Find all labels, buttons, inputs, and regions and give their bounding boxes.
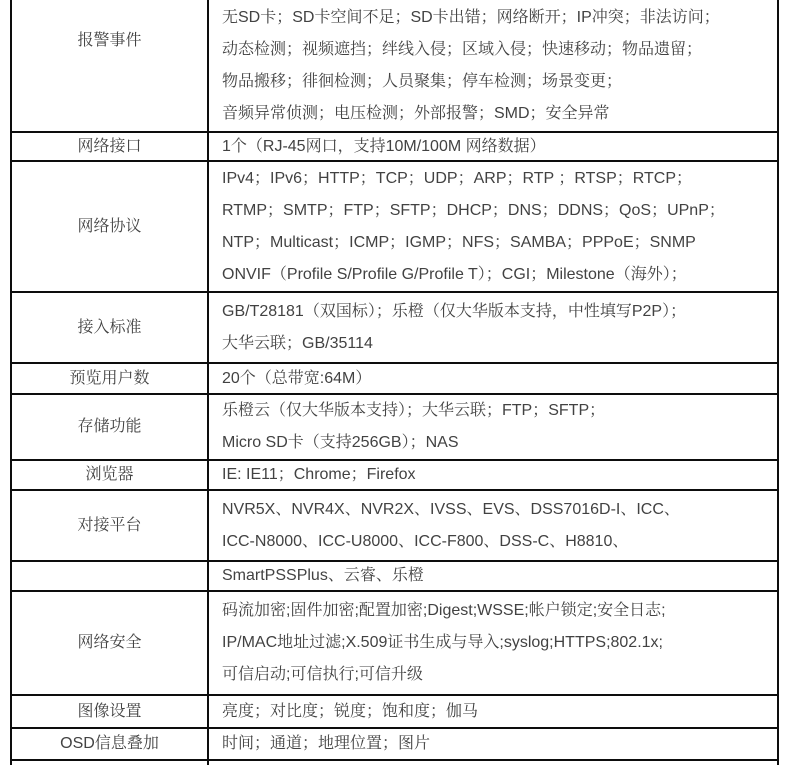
spec-line: NTP；Multicast；ICMP；IGMP；NFS；SAMBA；PPPoE；…: [222, 227, 775, 259]
table-row: 网络接口1个（RJ-45网口，支持10M/100M 网络数据）: [10, 131, 779, 160]
spec-line: IPv4；IPv6；HTTP；TCP；UDP；ARP；RTP ；RTSP；RTC…: [222, 163, 775, 195]
row-label-cell: [12, 761, 207, 765]
row-value-cell: 20个（总带宽:64M）: [207, 364, 777, 393]
row-label-cell: 对接平台: [12, 491, 207, 560]
row-label-cell: 预览用户数: [12, 364, 207, 393]
row-value-cell: IE: IE11；Chrome；Firefox: [207, 461, 777, 489]
row-value-cell: 乐橙云（仅大华版本支持）；大华云联；FTP；SFTP；Micro SD卡（支持2…: [207, 395, 777, 459]
table-row: OSD信息叠加时间；通道；地理位置；图片: [10, 727, 779, 759]
row-value-cell: 1个（RJ-45网口，支持10M/100M 网络数据）: [207, 133, 777, 160]
spec-line: 可信启动;可信执行;可信升级: [222, 659, 775, 691]
row-label-cell: 存储功能: [12, 395, 207, 459]
spec-line: 音频异常侦测；电压检测；外部报警；SMD；安全异常: [222, 98, 775, 130]
spec-line: GB/T28181（双国标）；乐橙（仅大华版本支持，中性填写P2P）；: [222, 296, 775, 328]
row-value-cell: IPv4；IPv6；HTTP；TCP；UDP；ARP；RTP ；RTSP；RTC…: [207, 162, 777, 291]
spec-line: 物品搬移；徘徊检测；人员聚集；停车检测；场景变更；: [222, 66, 775, 98]
spec-line: 码流加密;固件加密;配置加密;Digest;WSSE;帐户锁定;安全日志;: [222, 595, 775, 627]
spec-line: IE: IE11；Chrome；Firefox: [222, 461, 775, 489]
spec-line: RTMP；SMTP；FTP；SFTP；DHCP；DNS；DDNS；QoS；UPn…: [222, 195, 775, 227]
spec-line: 动态检测；视频遮挡；绊线入侵；区域入侵；快速移动；物品遗留；: [222, 34, 775, 66]
table-row: 网络安全码流加密;固件加密;配置加密;Digest;WSSE;帐户锁定;安全日志…: [10, 590, 779, 694]
spec-line: 大华云联；GB/35114: [222, 328, 775, 360]
table-row: 存储功能乐橙云（仅大华版本支持）；大华云联；FTP；SFTP；Micro SD卡…: [10, 393, 779, 459]
row-value-cell: 亮度；对比度；锐度；饱和度；伽马: [207, 696, 777, 727]
spec-line: 无SD卡；SD卡空间不足；SD卡出错；网络断开；IP冲突；非法访问；: [222, 2, 775, 34]
row-label-cell: 图像设置: [12, 696, 207, 727]
table-row: 网络协议IPv4；IPv6；HTTP；TCP；UDP；ARP；RTP ；RTSP…: [10, 160, 779, 291]
row-value-cell: 无SD卡；SD卡空间不足；SD卡出错；网络断开；IP冲突；非法访问；动态检测；视…: [207, 0, 777, 131]
spec-line: 亮度；对比度；锐度；饱和度；伽马: [222, 696, 775, 727]
row-label-cell: 接入标准: [12, 293, 207, 362]
row-label-cell: [12, 562, 207, 590]
spec-line: Micro SD卡（支持256GB）；NAS: [222, 427, 775, 459]
spec-line: ICC-N8000、ICC-U8000、ICC-F800、DSS-C、H8810…: [222, 526, 775, 558]
row-label-cell: 网络安全: [12, 592, 207, 694]
table-row: SmartPSSPlus、云睿、乐橙: [10, 560, 779, 590]
table-row: 接入标准GB/T28181（双国标）；乐橙（仅大华版本支持，中性填写P2P）；大…: [10, 291, 779, 362]
row-label: 网络安全: [77, 632, 141, 654]
spec-line: 时间；通道；地理位置；图片: [222, 729, 775, 759]
row-label-cell: 浏览器: [12, 461, 207, 489]
row-value-cell: NVR5X、NVR4X、NVR2X、IVSS、EVS、DSS7016D-I、IC…: [207, 491, 777, 560]
row-value-cell: SmartPSSPlus、云睿、乐橙: [207, 562, 777, 590]
row-label: 图像设置: [77, 701, 141, 723]
row-label: 预览用户数: [69, 368, 149, 390]
spec-line: 乐橙云（仅大华版本支持）；大华云联；FTP；SFTP；: [222, 395, 775, 427]
row-value-cell: GB/T28181（双国标）；乐橙（仅大华版本支持，中性填写P2P）；大华云联；…: [207, 293, 777, 362]
row-value-cell: 时间；通道；地理位置；图片: [207, 729, 777, 759]
row-label: 接入标准: [77, 317, 141, 339]
table-row: 报警事件无SD卡；SD卡空间不足；SD卡出错；网络断开；IP冲突；非法访问；动态…: [10, 0, 779, 131]
row-label-cell: 网络协议: [12, 162, 207, 291]
spec-line: ONVIF（Profile S/Profile G/Profile T）；CGI…: [222, 259, 775, 291]
row-label: 对接平台: [77, 515, 141, 537]
row-value-cell: [207, 761, 777, 765]
row-label: 网络接口: [77, 136, 141, 158]
table-row: 预览用户数20个（总带宽:64M）: [10, 362, 779, 393]
row-label-cell: OSD信息叠加: [12, 729, 207, 759]
row-label: 存储功能: [77, 416, 141, 438]
row-label: OSD信息叠加: [60, 733, 159, 755]
spec-line: NVR5X、NVR4X、NVR2X、IVSS、EVS、DSS7016D-I、IC…: [222, 494, 775, 526]
spec-line: 20个（总带宽:64M）: [222, 364, 775, 393]
spec-table: 报警事件无SD卡；SD卡空间不足；SD卡出错；网络断开；IP冲突；非法访问；动态…: [10, 0, 779, 765]
row-label-cell: 网络接口: [12, 133, 207, 160]
table-row: 浏览器IE: IE11；Chrome；Firefox: [10, 459, 779, 489]
row-value-cell: 码流加密;固件加密;配置加密;Digest;WSSE;帐户锁定;安全日志;IP/…: [207, 592, 777, 694]
row-label: 网络协议: [77, 216, 141, 238]
row-label-cell: 报警事件: [12, 0, 207, 131]
row-label: 浏览器: [85, 464, 133, 486]
table-row: 对接平台NVR5X、NVR4X、NVR2X、IVSS、EVS、DSS7016D-…: [10, 489, 779, 560]
spec-line: IP/MAC地址过滤;X.509证书生成与导入;syslog;HTTPS;802…: [222, 627, 775, 659]
table-row-partial: [10, 759, 779, 765]
row-label: 报警事件: [77, 30, 141, 52]
table-row: 图像设置亮度；对比度；锐度；饱和度；伽马: [10, 694, 779, 727]
spec-line: 1个（RJ-45网口，支持10M/100M 网络数据）: [222, 133, 775, 160]
spec-line: SmartPSSPlus、云睿、乐橙: [222, 562, 775, 590]
